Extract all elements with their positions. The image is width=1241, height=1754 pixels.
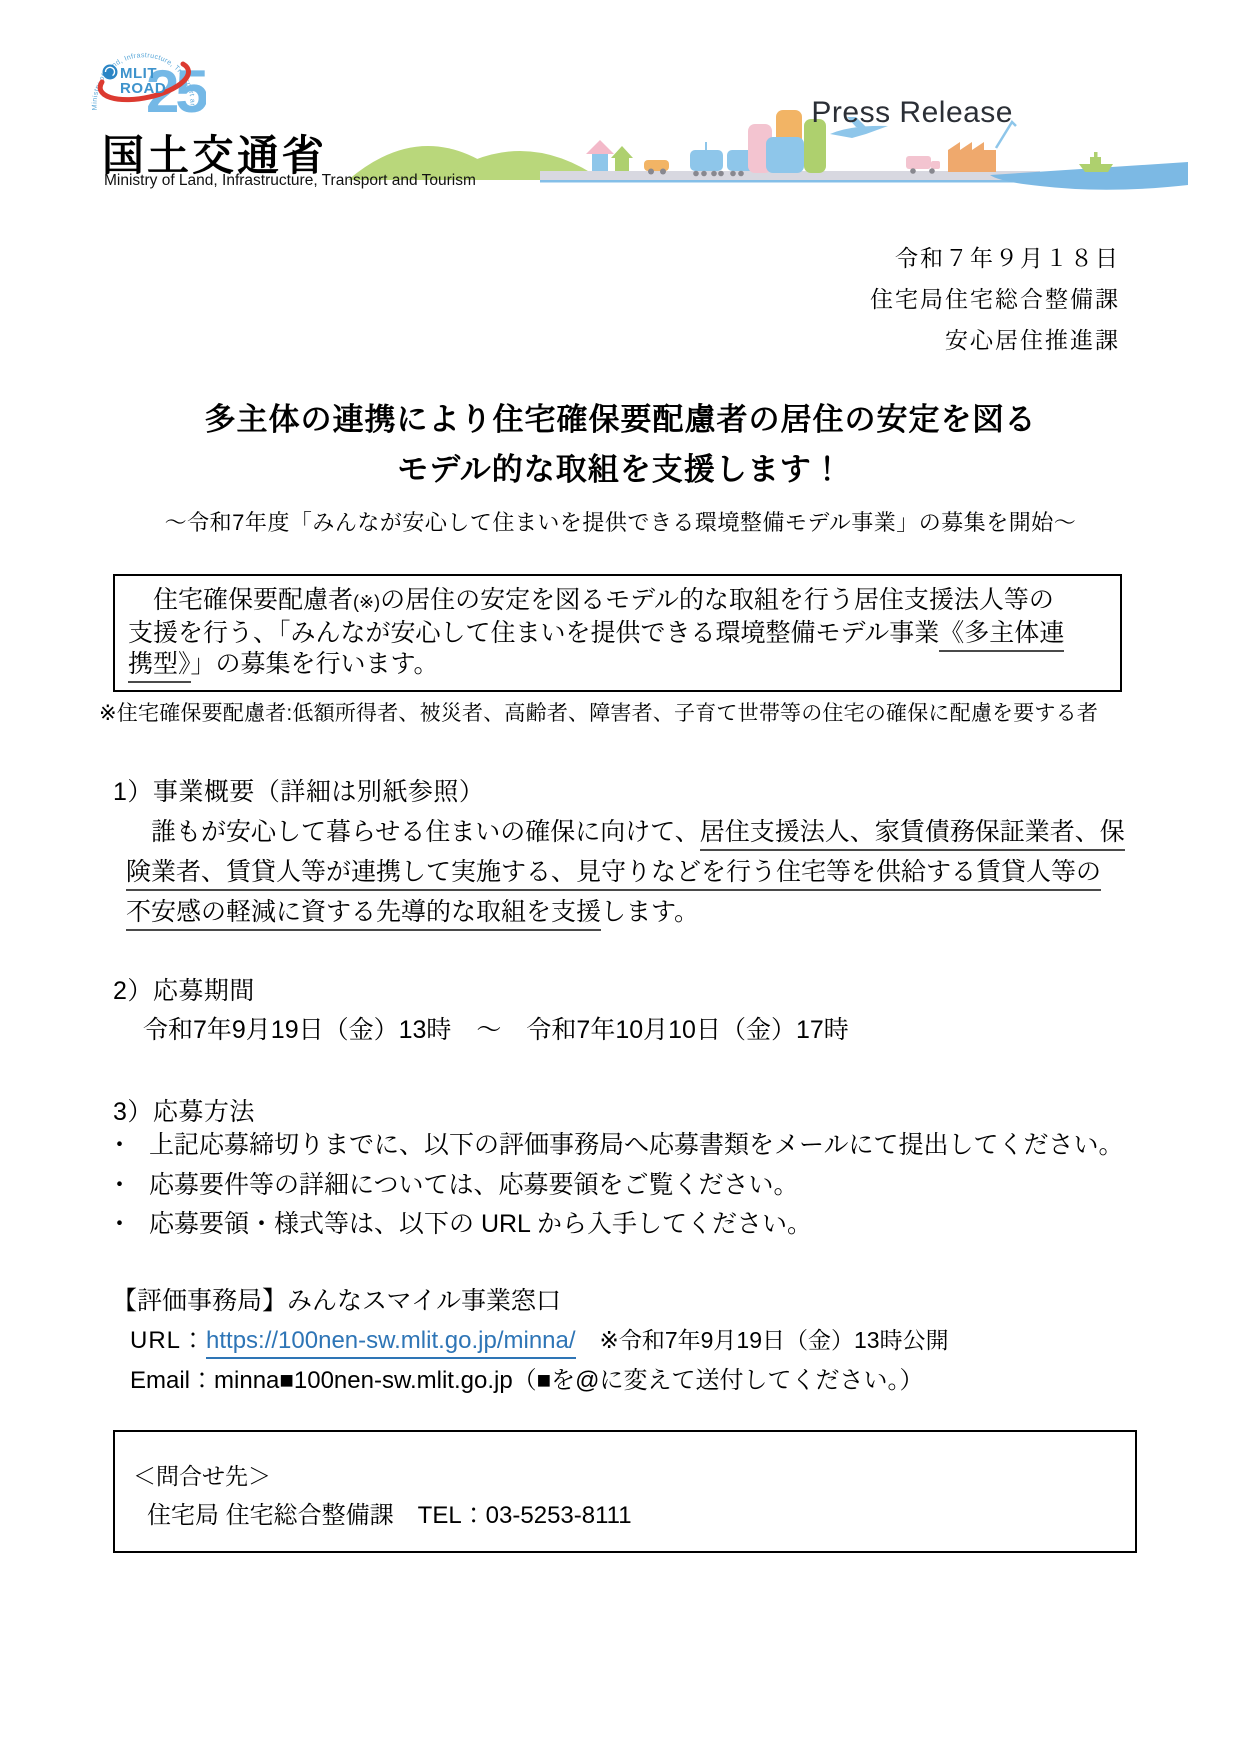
- bullet-icon: ・: [107, 1205, 149, 1245]
- list-item: ・上記応募締切りまでに、以下の評価事務局へ応募書類をメールにて提出してください。: [107, 1126, 1124, 1166]
- house-icons: [586, 140, 633, 171]
- document-title: 多主体の連携により住宅確保要配慮者の居住の安定を図る モデル的な取組を支援します…: [0, 396, 1241, 496]
- body-text: 誰もが安心して暮らせる住まいの確保に向けて、: [126, 818, 700, 846]
- title-line-2: モデル的な取組を支援します！: [0, 444, 1241, 496]
- note-reference-mark: (※): [353, 592, 380, 612]
- mlit-25th-anniversary-logo-icon: Ministry of Land, Infrastructure, Transp…: [82, 24, 206, 130]
- evaluation-office-heading: 【評価事務局】みんなスマイル事業窓口: [112, 1281, 561, 1317]
- summary-text: 支援を行う、「みんなが安心して住まいを提供できる環境整備モデル事業: [128, 619, 939, 647]
- department-line-2: 安心居住推進課: [870, 320, 1120, 361]
- section1-line-1: 誰もが安心して暮らせる住まいの確保に向けて、居住支援法人、家賃債務保証業者、保: [126, 812, 1125, 852]
- list-item: ・応募要領・様式等は、以下の URL から入手してください。: [107, 1205, 1124, 1245]
- url-availability-note: ※令和7年9月19日（金）13時公開: [600, 1327, 949, 1353]
- list-item-text: 応募要件等の詳細については、応募要領をご覧ください。: [149, 1171, 799, 1199]
- contact-box: ＜問合せ先＞ 住宅局 住宅総合整備課 TEL：03-5253-8111: [113, 1430, 1137, 1553]
- body-underlined-text: 居住支援法人、家賃債務保証業者、保: [700, 818, 1125, 851]
- section1-paragraph: 誰もが安心して暮らせる住まいの確保に向けて、居住支援法人、家賃債務保証業者、保 …: [126, 812, 1125, 932]
- summary-underlined-text: 携型》: [128, 650, 191, 683]
- list-item-text: 応募要領・様式等は、以下の URL から入手してください。: [149, 1210, 812, 1238]
- section3-heading: 3）応募方法: [113, 1092, 255, 1128]
- section1-line-3: 不安感の軽減に資する先導的な取組を支援します。: [126, 892, 1125, 932]
- email-note: （■を@に変えて送付してください。）: [513, 1367, 924, 1394]
- footnote-definition: ※住宅確保要配慮者:低額所得者、被災者、高齢者、障害者、子育て世帯等の住宅の確保…: [99, 697, 1098, 727]
- email-address: minna■100nen-sw.mlit.go.jp: [214, 1367, 513, 1394]
- summary-text: 」の募集を行います。: [191, 650, 439, 678]
- release-date: 令和７年９月１８日: [870, 238, 1120, 279]
- body-underlined-text: 険業者、賃貸人等が連携して実施する、見守りなどを行う住宅等を供給する賃貸人等の: [126, 858, 1101, 891]
- body-underlined-text: 不安感の軽減に資する先導的な取組を支援: [126, 898, 601, 931]
- section1-line-2: 険業者、賃貸人等が連携して実施する、見守りなどを行う住宅等を供給する賃貸人等の: [126, 852, 1125, 892]
- section2-heading: 2）応募期間: [113, 971, 255, 1007]
- press-release-label: Press Release: [811, 96, 1013, 130]
- summary-line-3: 携型》」の募集を行います。: [128, 649, 1107, 680]
- contact-detail: 住宅局 住宅総合整備課 TEL：03-5253-8111: [147, 1495, 632, 1530]
- summary-underlined-text: 《多主体連: [939, 619, 1064, 652]
- ship-icon: [1079, 152, 1113, 172]
- email-label: Email：: [130, 1367, 214, 1394]
- summary-box: 住宅確保要配慮者(※)の居住の安定を図るモデル的な取組を行う居住支援法人等の 支…: [113, 574, 1122, 692]
- document-subtitle: ～令和7年度「みんなが安心して住まいを提供できる環境整備モデル事業」の募集を開始…: [0, 506, 1241, 537]
- bullet-icon: ・: [107, 1166, 149, 1206]
- title-line-1: 多主体の連携により住宅確保要配慮者の居住の安定を図る: [0, 396, 1241, 444]
- summary-text: 住宅確保要配慮者: [128, 586, 353, 614]
- application-period: 令和7年9月19日（金）13時 ～ 令和7年10月10日（金）17時: [143, 1010, 849, 1046]
- ministry-name-en: Ministry of Land, Infrastructure, Transp…: [104, 172, 476, 190]
- logo-road-text: ROAD: [120, 80, 166, 97]
- date-department-block: 令和７年９月１８日 住宅局住宅総合整備課 安心居住推進課: [870, 238, 1120, 361]
- section1-heading: 1）事業概要（詳細は別紙参照）: [113, 772, 484, 808]
- list-item: ・応募要件等の詳細については、応募要領をご覧ください。: [107, 1166, 1124, 1206]
- contact-heading: ＜問合せ先＞: [133, 1458, 271, 1491]
- department-line-1: 住宅局住宅総合整備課: [870, 279, 1120, 320]
- summary-text: の居住の安定を図るモデル的な取組を行う居住支援法人等の: [380, 586, 1054, 614]
- application-method-list: ・上記応募締切りまでに、以下の評価事務局へ応募書類をメールにて提出してください。…: [107, 1126, 1124, 1245]
- bullet-icon: ・: [107, 1126, 149, 1166]
- office-url-link[interactable]: https://100nen-sw.mlit.go.jp/minna/: [206, 1327, 576, 1359]
- body-text: します。: [601, 898, 699, 926]
- url-label: URL：: [130, 1327, 206, 1354]
- office-url-line: URL：https://100nen-sw.mlit.go.jp/minna/※…: [130, 1320, 949, 1355]
- office-email-line: Email：minna■100nen-sw.mlit.go.jp（■を@に変えて…: [130, 1360, 924, 1395]
- summary-line-2: 支援を行う、「みんなが安心して住まいを提供できる環境整備モデル事業《多主体連: [128, 618, 1107, 649]
- list-item-text: 上記応募締切りまでに、以下の評価事務局へ応募書類をメールにて提出してください。: [149, 1131, 1124, 1159]
- press-release-page: Ministry of Land, Infrastructure, Transp…: [0, 0, 1241, 1754]
- summary-line-1: 住宅確保要配慮者(※)の居住の安定を図るモデル的な取組を行う居住支援法人等の: [128, 585, 1107, 618]
